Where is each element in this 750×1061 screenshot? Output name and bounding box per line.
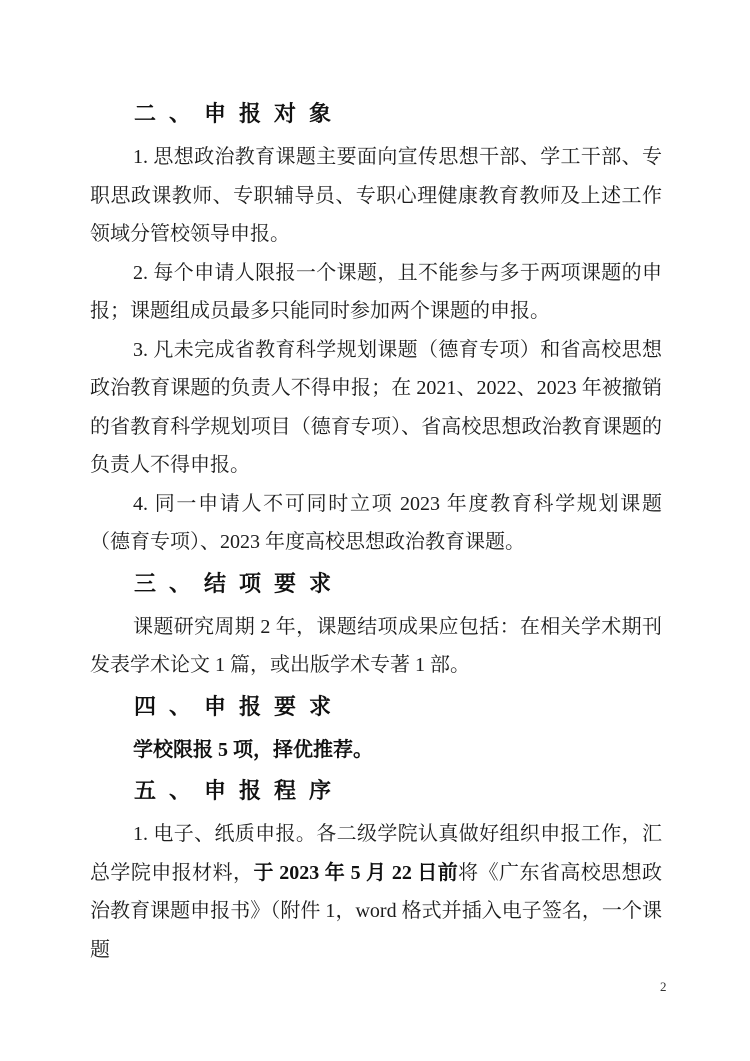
paragraph: 3. 凡未完成省教育科学规划课题（德育专项）和省高校思想政治教育课题的负责人不得… bbox=[90, 331, 662, 485]
section-heading-application-requirements: 四、申报要求 bbox=[90, 691, 662, 723]
section-heading-application-targets: 二、申报对象 bbox=[90, 98, 662, 130]
document-body: 二、申报对象 1. 思想政治教育课题主要面向宣传思想干部、学工干部、专职思政课教… bbox=[90, 92, 662, 969]
paragraph: 1. 思想政治教育课题主要面向宣传思想干部、学工干部、专职思政课教师、专职辅导员… bbox=[90, 138, 662, 254]
document-page: 二、申报对象 1. 思想政治教育课题主要面向宣传思想干部、学工干部、专职思政课教… bbox=[0, 0, 750, 1061]
paragraph-bold: 学校限报 5 项，择优推荐。 bbox=[90, 731, 662, 770]
section-heading-completion-requirements: 三、结项要求 bbox=[90, 568, 662, 600]
section-heading-application-procedure: 五、申报程序 bbox=[90, 775, 662, 807]
paragraph: 4. 同一申请人不可同时立项 2023 年度教育科学规划课题（德育专项）、202… bbox=[90, 485, 662, 562]
paragraph: 课题研究周期 2 年，课题结项成果应包括：在相关学术期刊发表学术论文 1 篇，或… bbox=[90, 608, 662, 685]
paragraph-mixed: 1. 电子、纸质申报。各二级学院认真做好组织申报工作，汇总学院申报材料，于 20… bbox=[90, 815, 662, 969]
paragraph-run-bold: 于 2023 年 5 月 22 日前 bbox=[253, 862, 458, 884]
paragraph: 2. 每个申请人限报一个课题，且不能参与多于两项课题的申报；课题组成员最多只能同… bbox=[90, 254, 662, 331]
page-number: 2 bbox=[660, 979, 667, 995]
